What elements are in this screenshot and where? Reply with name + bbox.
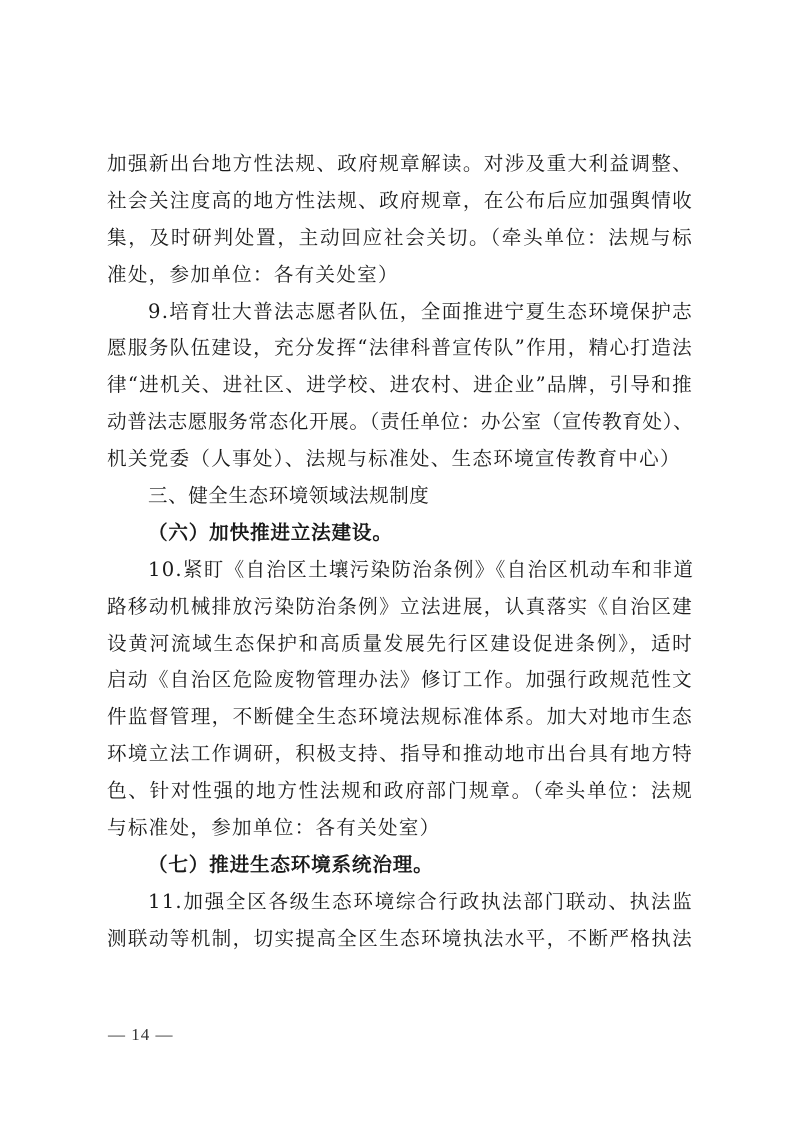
body-text-line: 加强新出台地方性法规、政府规章解读。对涉及重大利益调整、 (107, 146, 693, 183)
body-text-line: 集，及时研判处置，主动回应社会关切。（牵头单位：法规与标 (107, 220, 693, 257)
body-text-line: 色、针对性强的地方性法规和政府部门规章。（牵头单位：法规 (107, 773, 693, 810)
body-text-line: 愿服务队伍建设，充分发挥“法律科普宣传队”作用，精心打造法 (107, 330, 693, 367)
item-10-first-line: 10.紧盯《自治区土壤污染防治条例》《自治区机动车和非道 (107, 552, 693, 589)
document-page: 加强新出台地方性法规、政府规章解读。对涉及重大利益调整、 社会关注度高的地方性法… (107, 146, 693, 958)
section-heading-three: 三、健全生态环境领域法规制度 (107, 478, 693, 515)
body-text-line: 测联动等机制，切实提高全区生态环境执法水平，不断严格执法 (107, 921, 693, 958)
body-text-line: 环境立法工作调研，积极支持、指导和推动地市出台具有地方特 (107, 736, 693, 773)
body-text-line: 设黄河流域生态保护和高质量发展先行区建设促进条例》，适时 (107, 626, 693, 663)
body-text-line: 社会关注度高的地方性法规、政府规章，在公布后应加强舆情收 (107, 183, 693, 220)
page-number: — 14 — (108, 1025, 174, 1045)
body-text-line: 准处，参加单位：各有关处室） (107, 257, 693, 294)
body-text-line: 动普法志愿服务常态化开展。（责任单位：办公室（宣传教育处）、 (107, 404, 693, 441)
body-text-line: 件监督管理，不断健全生态环境法规标准体系。加大对地市生态 (107, 699, 693, 736)
body-text-line: 机关党委（人事处）、法规与标准处、生态环境宣传教育中心） (107, 441, 693, 478)
body-text-line: 与标准处，参加单位：各有关处室） (107, 810, 693, 847)
subsection-heading-seven: （七）推进生态环境系统治理。 (107, 847, 693, 884)
item-11-first-line: 11.加强全区各级生态环境综合行政执法部门联动、执法监 (107, 884, 693, 921)
subsection-heading-six: （六）加快推进立法建设。 (107, 515, 693, 552)
item-9-first-line: 9.培育壮大普法志愿者队伍，全面推进宁夏生态环境保护志 (107, 294, 693, 331)
body-text-line: 启动《自治区危险废物管理办法》修订工作。加强行政规范性文 (107, 662, 693, 699)
body-text-line: 律“进机关、进社区、进学校、进农村、进企业”品牌，引导和推 (107, 367, 693, 404)
body-text-line: 路移动机械排放污染防治条例》立法进展，认真落实《自治区建 (107, 589, 693, 626)
